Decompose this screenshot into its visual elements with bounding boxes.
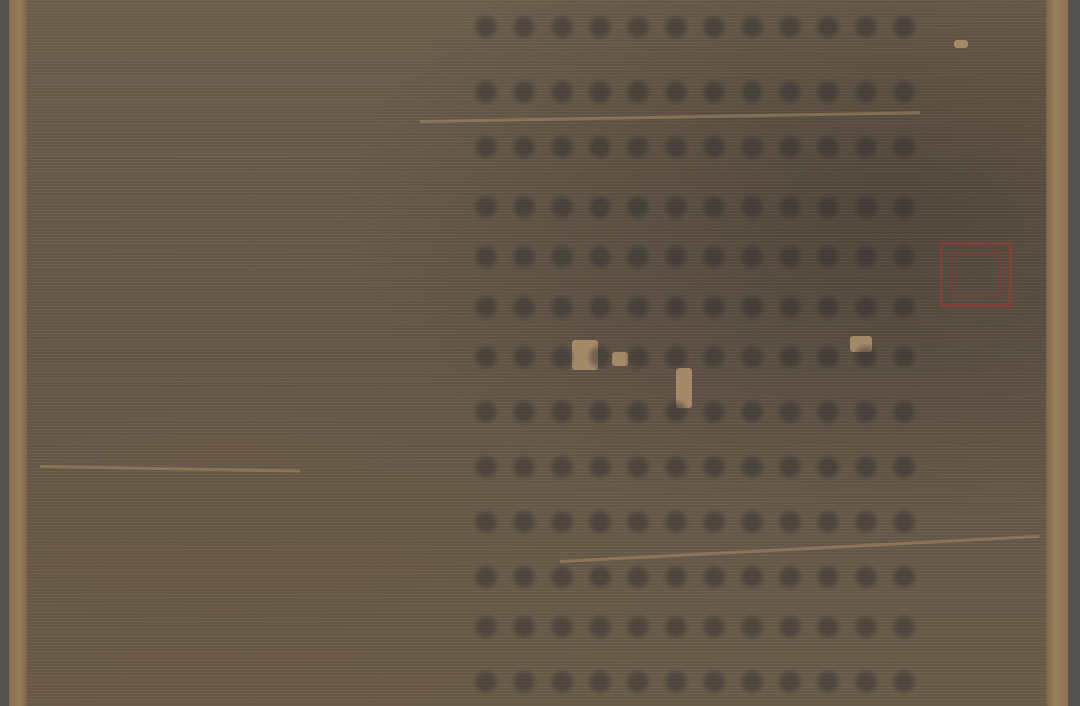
ink-glyph [812, 191, 844, 223]
ink-glyph [812, 451, 844, 483]
ink-glyph [888, 396, 920, 428]
ink-glyph [622, 291, 654, 323]
ink-glyph [622, 341, 654, 373]
ink-glyph [736, 611, 768, 643]
ink-glyph [850, 241, 882, 273]
ink-glyph [850, 341, 882, 373]
ink-glyph [622, 396, 654, 428]
ink-glyph [850, 191, 882, 223]
ink-glyph [774, 611, 806, 643]
ink-glyph [546, 131, 578, 163]
ink-glyph [470, 666, 502, 698]
ink-glyph [812, 506, 844, 538]
ink-glyph [774, 291, 806, 323]
ink-glyph [850, 561, 882, 593]
ink-glyph [660, 341, 692, 373]
ink-glyph [850, 131, 882, 163]
ink-glyph [736, 561, 768, 593]
ink-glyph [622, 506, 654, 538]
ink-glyph [888, 341, 920, 373]
ink-glyph [698, 561, 730, 593]
ink-glyph [470, 291, 502, 323]
text-row [470, 290, 926, 324]
ink-glyph [584, 666, 616, 698]
ink-glyph [774, 76, 806, 108]
ink-glyph [546, 611, 578, 643]
ink-glyph [622, 76, 654, 108]
ink-glyph [888, 506, 920, 538]
ink-glyph [508, 506, 540, 538]
ink-glyph [774, 341, 806, 373]
ink-glyph [850, 76, 882, 108]
text-row [470, 240, 926, 274]
text-row [470, 190, 926, 224]
ink-glyph [660, 241, 692, 273]
ink-glyph [850, 291, 882, 323]
ink-glyph [546, 76, 578, 108]
ink-glyph [736, 76, 768, 108]
text-row [470, 395, 926, 429]
ink-glyph [660, 131, 692, 163]
ink-glyph [812, 291, 844, 323]
ink-glyph [546, 451, 578, 483]
left-frame-border [0, 0, 9, 706]
ink-glyph [470, 241, 502, 273]
ink-glyph [584, 451, 616, 483]
ink-glyph [774, 191, 806, 223]
ink-glyph [508, 191, 540, 223]
text-row [470, 130, 926, 164]
ink-glyph [546, 291, 578, 323]
ink-glyph [546, 561, 578, 593]
ink-glyph [660, 11, 692, 43]
ink-glyph [812, 341, 844, 373]
ink-glyph [660, 191, 692, 223]
ink-glyph [546, 396, 578, 428]
ink-glyph [850, 11, 882, 43]
ink-glyph [698, 396, 730, 428]
ink-glyph [508, 666, 540, 698]
ink-glyph [698, 451, 730, 483]
ink-glyph [698, 666, 730, 698]
left-silk-edge [9, 0, 27, 706]
text-row [470, 505, 926, 539]
ink-glyph [622, 451, 654, 483]
ink-glyph [508, 451, 540, 483]
ink-glyph [812, 396, 844, 428]
ink-glyph [736, 131, 768, 163]
ink-glyph [888, 611, 920, 643]
ink-glyph [888, 561, 920, 593]
ink-glyph [660, 451, 692, 483]
ink-glyph [660, 561, 692, 593]
ink-glyph [774, 11, 806, 43]
ink-glyph [660, 611, 692, 643]
ink-glyph [584, 611, 616, 643]
ink-glyph [622, 191, 654, 223]
ink-glyph [698, 131, 730, 163]
ink-glyph [774, 396, 806, 428]
ink-glyph [660, 76, 692, 108]
ink-glyph [660, 291, 692, 323]
ink-glyph [584, 396, 616, 428]
ink-glyph [736, 191, 768, 223]
ink-glyph [698, 191, 730, 223]
ink-glyph [736, 396, 768, 428]
text-row [470, 340, 926, 374]
ink-glyph [470, 191, 502, 223]
ink-glyph [546, 341, 578, 373]
ink-glyph [850, 506, 882, 538]
ink-glyph [584, 341, 616, 373]
ink-glyph [508, 11, 540, 43]
ink-glyph [850, 666, 882, 698]
ink-glyph [622, 241, 654, 273]
ink-glyph [736, 11, 768, 43]
ink-glyph [508, 291, 540, 323]
right-silk-edge [1046, 0, 1068, 706]
ink-glyph [698, 341, 730, 373]
ink-glyph [812, 131, 844, 163]
ink-glyph [584, 11, 616, 43]
ink-glyph [888, 241, 920, 273]
ink-glyph [774, 506, 806, 538]
ink-glyph [812, 561, 844, 593]
ink-glyph [698, 11, 730, 43]
ink-glyph [812, 241, 844, 273]
ink-glyph [698, 611, 730, 643]
ink-glyph [850, 451, 882, 483]
ink-glyph [736, 291, 768, 323]
ink-glyph [470, 131, 502, 163]
ink-glyph [888, 191, 920, 223]
calligraphy-text [30, 0, 1030, 706]
ink-glyph [660, 506, 692, 538]
ink-glyph [736, 666, 768, 698]
ink-glyph [470, 506, 502, 538]
ink-glyph [622, 561, 654, 593]
ink-glyph [622, 11, 654, 43]
ink-glyph [774, 561, 806, 593]
ink-glyph [698, 76, 730, 108]
ink-glyph [508, 341, 540, 373]
ink-glyph [888, 666, 920, 698]
ink-glyph [546, 11, 578, 43]
ink-glyph [698, 291, 730, 323]
ink-glyph [736, 341, 768, 373]
ink-glyph [584, 131, 616, 163]
ink-glyph [774, 666, 806, 698]
ink-glyph [470, 341, 502, 373]
ink-glyph [698, 241, 730, 273]
ink-glyph [546, 666, 578, 698]
ink-glyph [546, 241, 578, 273]
ink-glyph [736, 241, 768, 273]
ink-glyph [774, 451, 806, 483]
ink-glyph [774, 241, 806, 273]
ink-glyph [546, 506, 578, 538]
ink-glyph [660, 396, 692, 428]
ink-glyph [888, 76, 920, 108]
ink-glyph [584, 506, 616, 538]
ink-glyph [584, 241, 616, 273]
ink-glyph [888, 451, 920, 483]
ink-glyph [508, 561, 540, 593]
ink-glyph [508, 76, 540, 108]
ink-glyph [622, 131, 654, 163]
ink-glyph [470, 611, 502, 643]
text-row [470, 560, 926, 594]
ink-glyph [470, 76, 502, 108]
ink-glyph [774, 131, 806, 163]
ink-glyph [470, 561, 502, 593]
ink-glyph [850, 611, 882, 643]
ink-glyph [888, 131, 920, 163]
ink-glyph [736, 451, 768, 483]
ink-glyph [508, 611, 540, 643]
ink-glyph [584, 191, 616, 223]
ink-glyph [470, 451, 502, 483]
ink-glyph [812, 611, 844, 643]
ink-glyph [470, 11, 502, 43]
ink-glyph [736, 506, 768, 538]
ink-glyph [698, 506, 730, 538]
ink-glyph [508, 396, 540, 428]
ink-glyph [584, 291, 616, 323]
ink-glyph [812, 11, 844, 43]
text-row [470, 10, 926, 44]
text-row [470, 665, 926, 699]
text-row [470, 610, 926, 644]
ink-glyph [470, 396, 502, 428]
text-row [470, 75, 926, 109]
ink-glyph [508, 241, 540, 273]
ink-glyph [850, 396, 882, 428]
ink-glyph [812, 666, 844, 698]
ink-glyph [888, 291, 920, 323]
ink-glyph [584, 561, 616, 593]
ink-glyph [584, 76, 616, 108]
ink-glyph [660, 666, 692, 698]
ink-glyph [622, 666, 654, 698]
ink-glyph [546, 191, 578, 223]
ink-glyph [508, 131, 540, 163]
text-row [470, 450, 926, 484]
ink-glyph [812, 76, 844, 108]
ink-glyph [888, 11, 920, 43]
ink-glyph [622, 611, 654, 643]
right-frame-border [1068, 0, 1080, 706]
